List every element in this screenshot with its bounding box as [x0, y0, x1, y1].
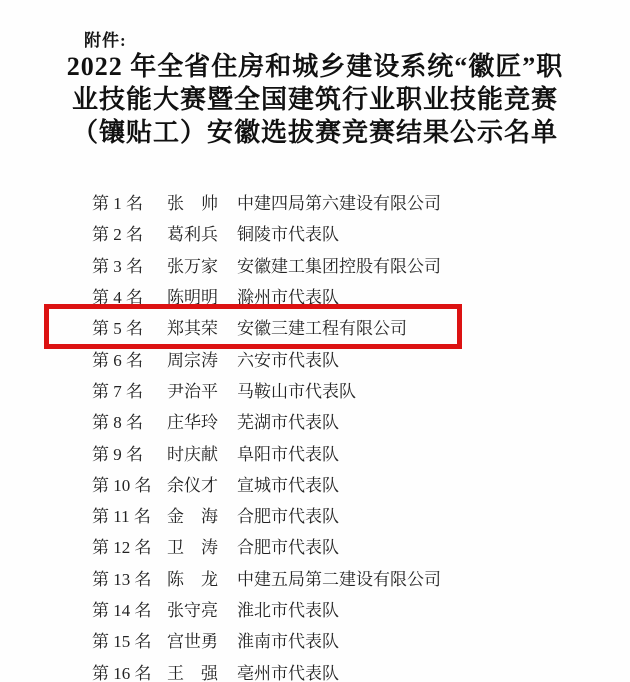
result-row-6: 第 6 名 周宗涛 六安市代表队: [0, 342, 630, 373]
result-row-10: 第 10 名 余仪才 宣城市代表队: [0, 468, 630, 499]
team-name: 六安市代表队: [237, 346, 630, 371]
document-title: 2022 年全省住房和城乡建设系统“徽匠”职 业技能大赛暨全国建筑行业职业技能竞…: [30, 50, 600, 149]
result-row-9: 第 9 名 时庆献 阜阳市代表队: [0, 436, 630, 467]
team-name: 合肥市代表队: [237, 502, 630, 527]
attachment-label: 附件:: [84, 26, 127, 51]
competitor-name: 陈明明: [167, 283, 237, 308]
competitor-name: 卫 涛: [167, 533, 237, 558]
team-name: 亳州市代表队: [237, 659, 630, 682]
team-name: 马鞍山市代表队: [237, 377, 630, 402]
competitor-name: 宫世勇: [167, 627, 237, 652]
rank-label: 第 2 名: [92, 220, 167, 245]
result-row-5-highlighted: 第 5 名 郑其荣 安徽三建工程有限公司: [0, 311, 630, 342]
result-row-15: 第 15 名 宫世勇 淮南市代表队: [0, 624, 630, 655]
rank-label: 第 6 名: [92, 346, 167, 371]
rank-label: 第 3 名: [92, 252, 167, 277]
result-row-16: 第 16 名 王 强 亳州市代表队: [0, 655, 630, 682]
title-line-1: 2022 年全省住房和城乡建设系统“徽匠”职: [30, 50, 600, 83]
result-row-14: 第 14 名 张守亮 淮北市代表队: [0, 593, 630, 624]
rank-label: 第 14 名: [92, 596, 167, 621]
title-line-3: （镶贴工）安徽选拔赛竞赛结果公示名单: [30, 116, 600, 149]
result-row-7: 第 7 名 尹治平 马鞍山市代表队: [0, 374, 630, 405]
rank-label: 第 5 名: [92, 314, 167, 339]
competitor-name: 张万家: [167, 252, 237, 277]
competitor-name: 张守亮: [167, 596, 237, 621]
rank-label: 第 7 名: [92, 377, 167, 402]
team-name: 铜陵市代表队: [237, 220, 630, 245]
scanned-announcement-page: 附件: 2022 年全省住房和城乡建设系统“徽匠”职 业技能大赛暨全国建筑行业职…: [0, 0, 630, 682]
results-list: 第 1 名 张 帅 中建四局第六建设有限公司 第 2 名 葛利兵 铜陵市代表队 …: [0, 186, 630, 682]
result-row-8: 第 8 名 庄华玲 芜湖市代表队: [0, 405, 630, 436]
result-row-13: 第 13 名 陈 龙 中建五局第二建设有限公司: [0, 562, 630, 593]
rank-label: 第 16 名: [92, 659, 167, 682]
team-name: 芜湖市代表队: [237, 408, 630, 433]
team-name: 中建五局第二建设有限公司: [237, 565, 630, 590]
result-row-4: 第 4 名 陈明明 滁州市代表队: [0, 280, 630, 311]
title-line-2: 业技能大赛暨全国建筑行业职业技能竞赛: [30, 83, 600, 116]
competitor-name: 王 强: [167, 659, 237, 682]
competitor-name: 庄华玲: [167, 408, 237, 433]
competitor-name: 尹治平: [167, 377, 237, 402]
competitor-name: 陈 龙: [167, 565, 237, 590]
team-name: 中建四局第六建设有限公司: [237, 189, 630, 214]
rank-label: 第 12 名: [92, 533, 167, 558]
result-row-1: 第 1 名 张 帅 中建四局第六建设有限公司: [0, 186, 630, 217]
rank-label: 第 13 名: [92, 565, 167, 590]
rank-label: 第 9 名: [92, 440, 167, 465]
rank-label: 第 4 名: [92, 283, 167, 308]
team-name: 安徽三建工程有限公司: [237, 314, 630, 339]
result-row-12: 第 12 名 卫 涛 合肥市代表队: [0, 530, 630, 561]
team-name: 合肥市代表队: [237, 533, 630, 558]
competitor-name: 郑其荣: [167, 314, 237, 339]
rank-label: 第 8 名: [92, 408, 167, 433]
competitor-name: 周宗涛: [167, 346, 237, 371]
rank-label: 第 15 名: [92, 627, 167, 652]
result-row-11: 第 11 名 金 海 合肥市代表队: [0, 499, 630, 530]
competitor-name: 金 海: [167, 502, 237, 527]
result-row-2: 第 2 名 葛利兵 铜陵市代表队: [0, 217, 630, 248]
competitor-name: 张 帅: [167, 189, 237, 214]
team-name: 淮南市代表队: [237, 627, 630, 652]
competitor-name: 葛利兵: [167, 220, 237, 245]
rank-label: 第 1 名: [92, 189, 167, 214]
team-name: 安徽建工集团控股有限公司: [237, 252, 630, 277]
rank-label: 第 10 名: [92, 471, 167, 496]
competitor-name: 时庆献: [167, 440, 237, 465]
team-name: 阜阳市代表队: [237, 440, 630, 465]
team-name: 滁州市代表队: [237, 283, 630, 308]
result-row-3: 第 3 名 张万家 安徽建工集团控股有限公司: [0, 249, 630, 280]
competitor-name: 余仪才: [167, 471, 237, 496]
rank-label: 第 11 名: [92, 502, 167, 527]
team-name: 宣城市代表队: [237, 471, 630, 496]
team-name: 淮北市代表队: [237, 596, 630, 621]
